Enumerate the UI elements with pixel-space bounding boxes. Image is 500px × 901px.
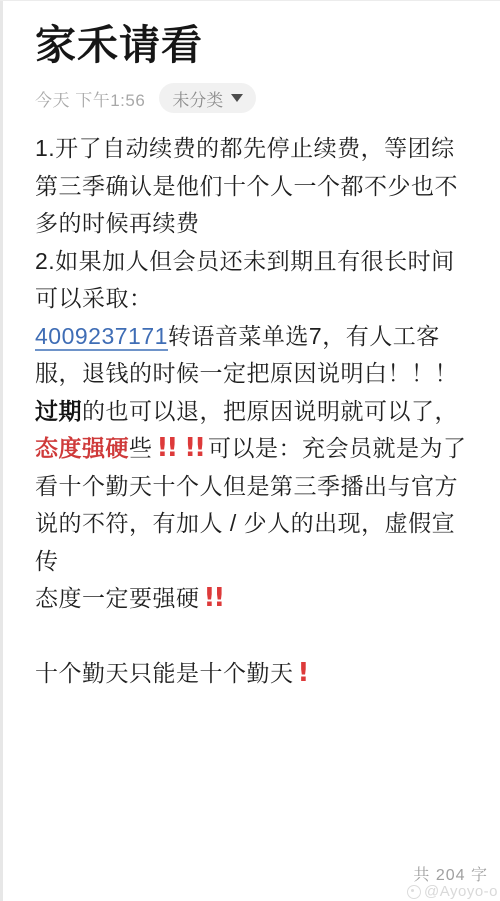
note-body: 1.开了自动续费的都先停止续费，等团综第三季确认是他们十个人一个都不少也不多的时…: [35, 130, 470, 693]
note-paragraph: 2.如果加人但会员还未到期且有很长时间可以采取：: [35, 243, 470, 318]
watermark-handle: @Ayoyo-o: [424, 883, 498, 900]
exclamation-icon: !!: [204, 583, 224, 613]
text-run-bold: 过期: [35, 398, 82, 424]
category-label: 未分类: [172, 86, 223, 111]
category-selector[interactable]: 未分类: [159, 83, 256, 113]
note-paragraph: 态度一定要强硬!!: [35, 580, 470, 618]
text-run: 态度一定要强硬: [35, 585, 200, 611]
text-run: 些: [129, 435, 153, 461]
empty-line: [35, 618, 470, 656]
exclamation-icon: !!: [184, 433, 204, 463]
note-paragraph: 1.开了自动续费的都先停止续费，等团综第三季确认是他们十个人一个都不少也不多的时…: [35, 130, 470, 243]
note-paragraph: 4009237171转语音菜单选7，有人工客服，退钱的时候一定把原因说明白！！！: [35, 318, 470, 393]
text-run: 2.如果加人但会员还未到期且有很长时间可以采取：: [35, 248, 455, 312]
note-page: 家禾请看 今天 下午1:56 未分类 1.开了自动续费的都先停止续费，等团综第三…: [0, 0, 500, 901]
left-edge-divider: [0, 1, 3, 901]
text-run-red: 态度强硬: [35, 435, 129, 461]
watermark: @Ayoyo-o: [407, 883, 498, 900]
text-run: 1.开了自动续费的都先停止续费，等团综第三季确认是他们十个人一个都不少也不多的时…: [35, 135, 458, 236]
note-paragraph: 过期的也可以退，把原因说明就可以了，态度强硬些!!!!可以是：充会员就是为了看十…: [35, 393, 470, 581]
note-paragraph: 十个勤天只能是十个勤天!: [35, 655, 470, 693]
note-title: 家禾请看: [35, 21, 470, 69]
note-content: 家禾请看 今天 下午1:56 未分类 1.开了自动续费的都先停止续费，等团综第三…: [35, 1, 470, 693]
exclamation-icon: !: [298, 658, 308, 688]
text-run: 十个勤天只能是十个勤天: [35, 660, 294, 686]
text-run: 的也可以退，把原因说明就可以了，: [82, 398, 458, 424]
exclamation-icon: !!: [157, 433, 177, 463]
phone-link[interactable]: 4009237171: [35, 323, 168, 351]
weibo-icon: [407, 885, 421, 899]
note-timestamp: 今天 下午1:56: [35, 86, 145, 111]
word-count: 共 204 字: [413, 862, 488, 885]
chevron-down-icon: [231, 94, 243, 102]
note-meta-row: 今天 下午1:56 未分类: [35, 83, 470, 113]
